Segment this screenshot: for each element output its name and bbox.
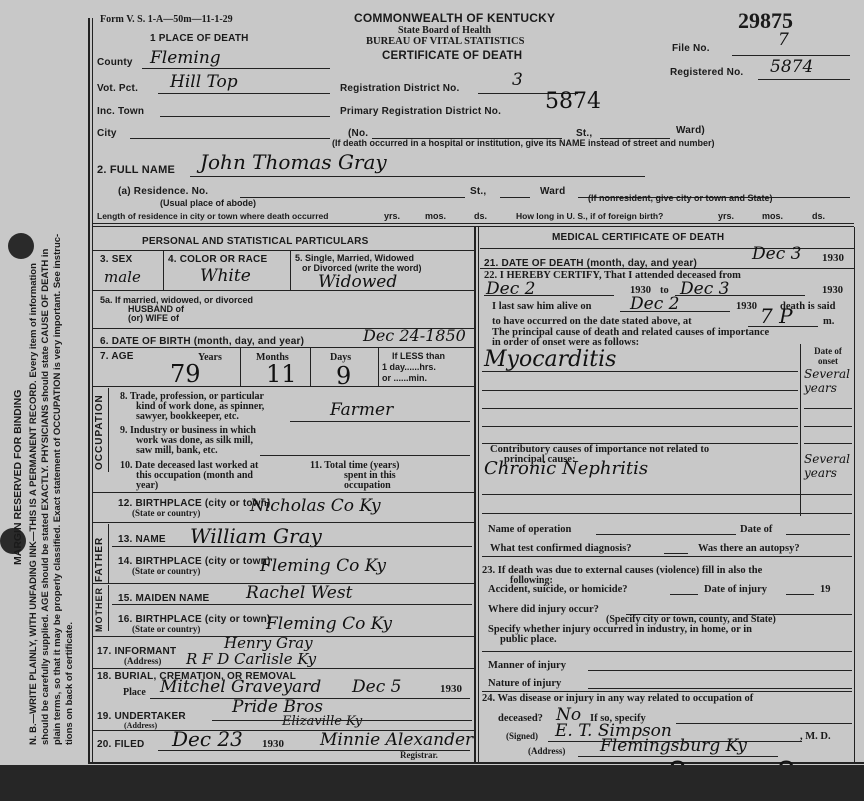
attended-to-year: 1930 [822,285,843,296]
sex-divider [163,250,164,290]
father-name-line [112,546,472,547]
undertaker-address-value: Elizaville Ky [282,714,362,729]
sex-label: 3. SEX [100,254,132,265]
mother-name-line [112,604,472,605]
md-label: , M. D. [800,731,831,742]
full-name-line [190,176,645,177]
foreign-mos: mos. [762,211,783,221]
less-label-1: If LESS than [392,351,445,361]
inc-town-label: Inc. Town [97,106,144,117]
filed-line [158,750,470,751]
days-divider [378,348,379,386]
age-label: 7. AGE [100,351,134,362]
onset-line-2 [804,408,852,409]
date-of-onset-label: Date of onset [804,346,852,366]
age-rule [92,386,474,387]
residence-sublabel: (Usual place of abode) [160,198,256,208]
nature-rule [482,691,852,692]
vot-pct-label: Vot. Pct. [97,83,138,94]
residence-ward-label: Ward [540,186,565,197]
county-line [142,68,330,69]
dod-value: Dec 3 [752,244,801,264]
informant-rule [92,668,474,669]
county-value: Fleming [150,48,221,68]
full-name-value: John Thomas Gray [200,150,387,174]
column-divider-2 [478,227,479,763]
margin-instructions-2: should be carefully supplied. AGE should… [40,249,51,745]
county-label: County [97,57,133,68]
date-of-label: Date of [740,524,772,535]
registration-district-value: 3 [512,70,523,90]
vot-pct-line [158,93,330,94]
residence-yrs: yrs. [384,211,400,221]
margin-instructions-1: N. B.—WRITE PLAINLY, WITH UNFADING INK—T… [28,263,39,745]
foreign-ds: ds. [812,211,825,221]
accident-label: Accident, suicide, or homicide? [488,584,628,595]
occupation-side-divider [108,388,109,472]
occupation-side-label: OCCUPATION [94,394,105,470]
if-so-line [676,723,852,724]
autopsy-label: Was there an autopsy? [698,543,800,554]
trade-line [290,421,470,422]
occupation-related-label: 24. Was disease or injury in any way rel… [482,693,753,704]
nature-label: Nature of injury [488,678,561,689]
cause-line-3 [482,408,798,409]
full-name-label: 2. FULL NAME [97,164,175,176]
registrar-label: Registrar. [400,750,438,760]
contributory-onset-value: Several years [804,452,854,480]
years-value: 79 [170,360,201,388]
last-saw-line [620,311,730,312]
file-no-value: 7 [778,30,789,50]
contributory-value: Chronic Nephritis [484,458,648,479]
vot-pct-value: Hill Top [170,72,238,92]
less-label-3: or ......min. [382,373,427,383]
informant-address-label: (Address) [124,656,161,666]
death-certificate: MARGIN RESERVED FOR BINDING N. B.—WRITE … [0,0,864,770]
attended-to-line [675,295,805,296]
test-label: What test confirmed diagnosis? [490,543,631,554]
registrar-value: Minnie Alexander [320,730,473,750]
test-rule [482,556,852,557]
informant-address-value: R F D Carlisle Ky [186,650,316,668]
hospital-note: (If death occurred in a hospital or inst… [332,138,715,148]
residence-label: (a) Residence. No. [118,186,208,197]
dod-rule [480,268,854,269]
undertaker-address-label: (Address) [124,721,157,730]
registered-no-label: Registered No. [670,67,743,78]
mother-birthplace-label-2: (State or country) [132,624,200,634]
left-border-inner [92,18,93,763]
registered-no-line [758,79,850,80]
years-divider [240,348,241,386]
father-name-value: William Gray [190,524,322,548]
accident-line [670,594,698,595]
sex-row-rule [92,290,474,291]
date-injury-label: Date of injury [704,584,767,595]
registration-district-label: Registration District No. [340,83,459,94]
column-divider [474,227,476,763]
place-value: Mitchel Graveyard [160,677,321,697]
dob-label: 6. DATE OF BIRTH (month, day, and year) [100,336,304,347]
primary-registration-value: 5874 [545,89,601,114]
onset-line-4 [804,443,852,444]
months-value: 11 [266,360,297,388]
binding-hole-top [8,233,34,259]
occupation-rule [92,492,474,493]
inc-town-line [160,116,330,117]
place-of-death-title: 1 PLACE OF DEATH [150,33,249,44]
residence-st-label: St., [470,186,486,197]
registered-no-value: 5874 [770,57,813,77]
father-side-label: FATHER [94,537,105,582]
mother-birthplace-value: Fleming Co Ky [266,614,392,634]
address-value: Flemingsburg Ky [600,736,747,756]
personal-title-rule [92,250,474,251]
deceased-label: deceased? [498,713,543,724]
address-label: (Address) [528,746,565,756]
form-code: Form V. S. 1-A—50m—11-1-29 [100,14,233,25]
onset-line-3 [804,426,852,427]
residence-bottom-rule-2 [92,226,854,227]
residence-mos: mos. [425,211,446,221]
undertaker-line [212,720,472,721]
onset-divider [800,344,801,516]
nonresident-note: (If nonresident, give city or town and S… [588,193,773,203]
primary-registration-label: Primary Registration District No. [340,106,501,117]
industry-label-3: saw mill, bank, etc. [136,445,218,456]
father-side-divider [108,524,109,584]
burial-year-value: 1930 [440,683,462,695]
total-time-label-3: occupation [344,480,391,491]
file-no-label: File No. [672,43,710,54]
contributory-line-1 [482,494,852,495]
residence-line [240,197,465,198]
test-line [664,553,688,554]
cause-line-4 [482,426,798,427]
date-of-line [786,534,850,535]
industry-line [260,455,470,456]
dod-year: 1930 [822,252,844,264]
last-saw-label: I last saw him alive on [492,301,591,312]
less-label-2: 1 day......hrs. [382,362,436,372]
residence-ds: ds. [474,211,487,221]
principal-onset-value: Several years [804,367,854,395]
residence-length-label: Length of residence in city or town wher… [97,211,328,221]
margin-instructions-3: plain terms, so that it may be properly … [52,234,63,745]
certificate-title: CERTIFICATE OF DEATH [382,50,522,62]
signed-label: (Signed) [506,731,538,741]
father-birthplace-value: Fleming Co Ky [260,556,386,576]
right-border [854,227,855,763]
filed-label: 20. FILED [97,739,144,750]
margin-binding-note: MARGIN RESERVED FOR BINDING [12,390,24,565]
father-birthplace-label-2: (State or country) [132,566,200,576]
residence-bottom-rule [92,223,854,224]
trade-label-3: sawyer, bookkeeper, etc. [136,411,239,422]
birthplace-rule [92,522,474,523]
city-label: City [97,128,117,139]
nature-line [588,688,852,689]
birthplace-value: Nicholas Co Ky [250,496,381,516]
left-border [88,18,90,763]
foreign-birth-label: How long in U. S., if of foreign birth? [516,211,663,221]
time-value: 7 P [760,304,793,328]
filed-date-value: Dec 23 [172,727,243,751]
year-prefix: 19 [820,584,831,595]
birthplace-label-2: (State or country) [132,508,200,518]
dob-value: Dec 24-1850 [363,326,466,345]
principal-cause-value: Myocarditis [484,347,616,372]
manner-line [588,670,852,671]
race-divider [290,250,291,290]
race-label: 4. COLOR OR RACE [168,254,267,265]
manner-label: Manner of injury [488,660,566,671]
sex-value: male [104,268,141,286]
operation-label: Name of operation [488,524,571,535]
operation-line [596,534,736,535]
marital-value: Widowed [318,272,397,292]
agency-bureau: BUREAU OF VITAL STATISTICS [366,36,524,47]
agency-board: State Board of Health [398,25,491,36]
marital-label-1: 5. Single, Married, Widowed [295,253,414,263]
specify-label-2: public place. [500,634,557,645]
cause-line-1 [482,371,798,372]
medical-section-title: MEDICAL CERTIFICATE OF DEATH [552,232,724,243]
last-worked-label-3: year) [136,480,158,491]
where-injury-label: Where did injury occur? [488,604,599,615]
mother-name-label: 15. MAIDEN NAME [118,593,209,604]
date-injury-line [786,594,814,595]
months-divider [310,348,311,386]
mother-name-value: Rachel West [246,583,352,603]
attended-from-value: Dec 2 [486,279,535,299]
specify-line [482,651,852,652]
city-line [130,138,330,139]
residence-ward-blank [500,197,530,198]
father-name-label: 13. NAME [118,534,166,545]
scan-shadow [0,765,864,801]
personal-section-title: PERSONAL AND STATISTICAL PARTICULARS [142,236,368,247]
file-no-line [732,55,850,56]
trade-value: Farmer [330,400,393,420]
burial-date-value: Dec 5 [352,677,401,697]
last-saw-year: 1930 [736,301,757,312]
attended-from-line [484,295,614,296]
contributory-line-2 [482,513,852,514]
margin-instructions-4: tions on back of certificate. [64,622,75,745]
place-label: Place [123,687,146,698]
race-value: White [200,266,251,286]
occurred-label: to have occurred on the date stated abov… [492,316,692,327]
spouse-label-3: (or) WIFE of [128,313,179,323]
m-label: m. [823,316,834,327]
agency-title: COMMONWEALTH OF KENTUCKY [354,11,555,25]
mother-side-divider [108,585,109,631]
mother-side-label: MOTHER [94,587,104,632]
foreign-yrs: yrs. [718,211,734,221]
cause-line-2 [482,390,798,391]
years-label: Years [198,352,222,363]
filed-year-value: 1930 [262,738,284,750]
ward-label: Ward) [676,125,705,136]
attended-to-value: Dec 3 [680,279,729,299]
dob-rule [92,347,474,348]
